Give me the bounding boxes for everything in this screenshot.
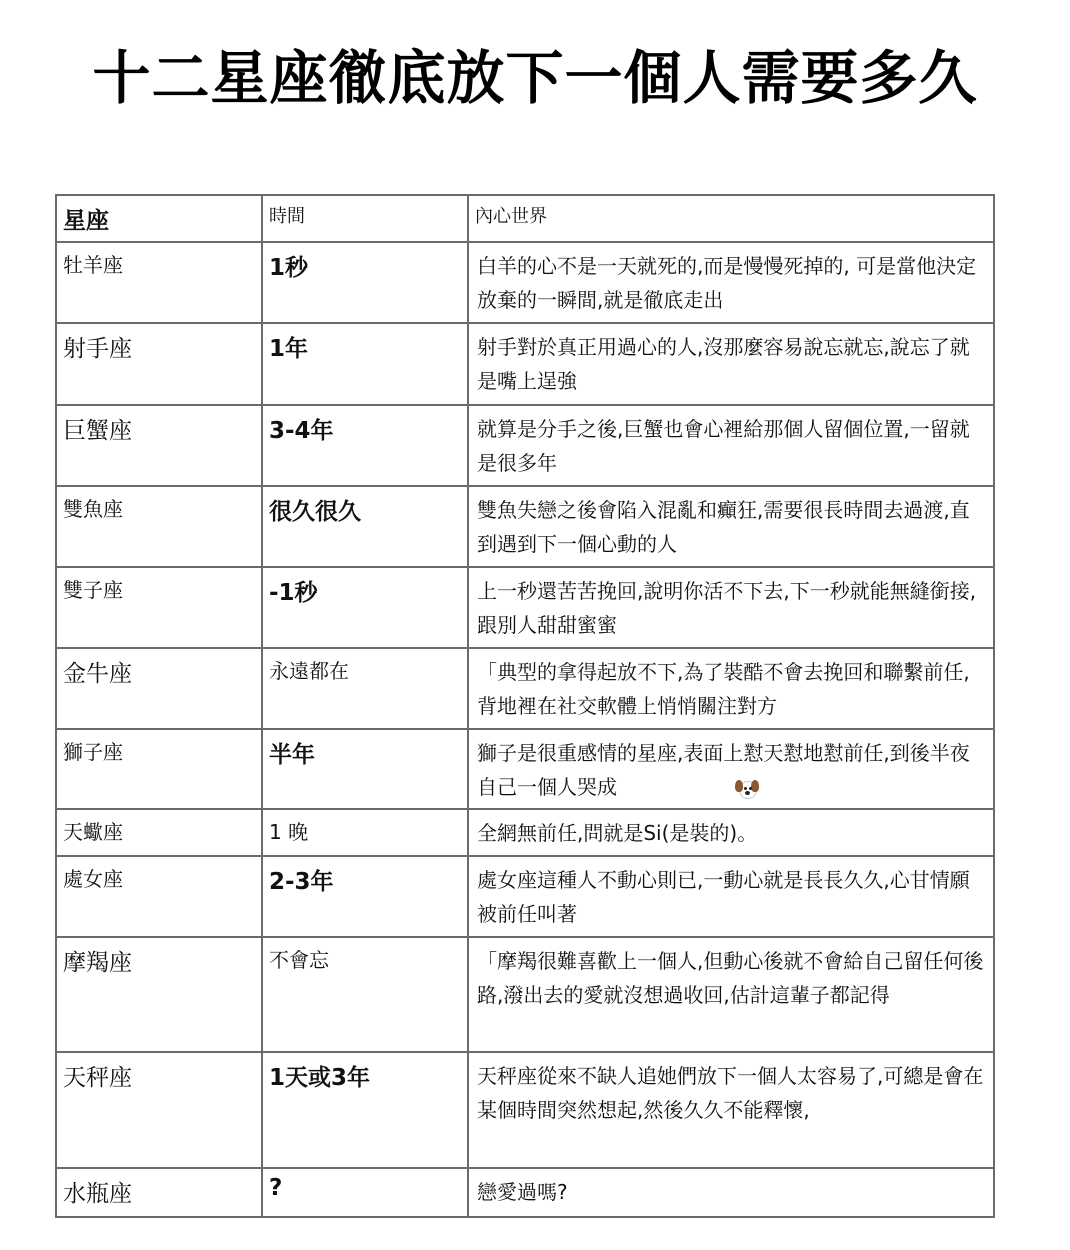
table-row: 金牛座永遠都在「典型的拿得起放不下,為了裝酷不會去挽回和聯繫前任,背地裡在社交軟… — [56, 648, 994, 729]
zodiac-sign-cell: 射手座 — [56, 323, 262, 405]
zodiac-table: 星座 時間 內心世界 牡羊座1秒白羊的心不是一天就死的,而是慢慢死掉的, 可是當… — [55, 194, 995, 1218]
table-row: 獅子座半年獅子是很重感情的星座,表面上懟天懟地懟前任,到後半夜自己一個人哭成 — [56, 729, 994, 809]
inner-world-text: 「典型的拿得起放不下,為了裝酷不會去挽回和聯繫前任,背地裡在社交軟體上悄悄關注對… — [477, 660, 970, 718]
zodiac-sign-cell: 天秤座 — [56, 1052, 262, 1168]
time-cell: 1 晚 — [262, 809, 468, 856]
inner-world-cell: 白羊的心不是一天就死的,而是慢慢死掉的, 可是當他決定放棄的一瞬間,就是徹底走出 — [468, 242, 994, 323]
table-row: 水瓶座?戀愛過嗎? — [56, 1168, 994, 1217]
inner-world-text: 「摩羯很難喜歡上一個人,但動心後就不會給自己留任何後路,潑出去的愛就沒想過收回,… — [477, 949, 983, 1007]
inner-world-text: 獅子是很重感情的星座,表面上懟天懟地懟前任,到後半夜自己一個人哭成 — [477, 741, 970, 799]
zodiac-sign-cell: 雙魚座 — [56, 486, 262, 567]
zodiac-sign-cell: 處女座 — [56, 856, 262, 937]
inner-world-cell: 射手對於真正用過心的人,沒那麼容易說忘就忘,說忘了就是嘴上逞強 — [468, 323, 994, 405]
header-inner-world: 內心世界 — [468, 195, 994, 242]
inner-world-text: 就算是分手之後,巨蟹也會心裡給那個人留個位置,一留就是很多年 — [477, 417, 970, 475]
inner-world-text: 戀愛過嗎? — [477, 1180, 568, 1204]
zodiac-sign-cell: 巨蟹座 — [56, 405, 262, 486]
zodiac-sign-cell: 獅子座 — [56, 729, 262, 809]
header-sign: 星座 — [56, 195, 262, 242]
table-row: 射手座1年射手對於真正用過心的人,沒那麼容易說忘就忘,說忘了就是嘴上逞強 — [56, 323, 994, 405]
inner-world-cell: 就算是分手之後,巨蟹也會心裡給那個人留個位置,一留就是很多年 — [468, 405, 994, 486]
zodiac-sign-cell: 金牛座 — [56, 648, 262, 729]
inner-world-cell: 「典型的拿得起放不下,為了裝酷不會去挽回和聯繫前任,背地裡在社交軟體上悄悄關注對… — [468, 648, 994, 729]
time-cell: -1秒 — [262, 567, 468, 648]
table-row: 摩羯座不會忘「摩羯很難喜歡上一個人,但動心後就不會給自己留任何後路,潑出去的愛就… — [56, 937, 994, 1052]
zodiac-sign-cell: 水瓶座 — [56, 1168, 262, 1217]
time-cell: 2-3年 — [262, 856, 468, 937]
table-row: 雙子座-1秒上一秒還苦苦挽回,說明你活不下去,下一秒就能無縫銜接,跟別人甜甜蜜蜜 — [56, 567, 994, 648]
zodiac-sign-cell: 天蠍座 — [56, 809, 262, 856]
time-cell: ? — [262, 1168, 468, 1217]
zodiac-sign-cell: 摩羯座 — [56, 937, 262, 1052]
inner-world-cell: 全網無前任,問就是Si(是裝的)。 — [468, 809, 994, 856]
time-cell: 永遠都在 — [262, 648, 468, 729]
zodiac-sign-cell: 雙子座 — [56, 567, 262, 648]
table-row: 雙魚座很久很久雙魚失戀之後會陷入混亂和癲狂,需要很長時間去過渡,直到遇到下一個心… — [56, 486, 994, 567]
table-row: 巨蟹座3-4年就算是分手之後,巨蟹也會心裡給那個人留個位置,一留就是很多年 — [56, 405, 994, 486]
inner-world-cell: 雙魚失戀之後會陷入混亂和癲狂,需要很長時間去過渡,直到遇到下一個心動的人 — [468, 486, 994, 567]
header-time: 時間 — [262, 195, 468, 242]
time-cell: 半年 — [262, 729, 468, 809]
time-cell: 1天或3年 — [262, 1052, 468, 1168]
inner-world-cell: 戀愛過嗎? — [468, 1168, 994, 1217]
page-title: 十二星座徹底放下一個人需要多久 — [0, 38, 1070, 118]
inner-world-cell: 獅子是很重感情的星座,表面上懟天懟地懟前任,到後半夜自己一個人哭成 — [468, 729, 994, 809]
time-cell: 1年 — [262, 323, 468, 405]
table-header-row: 星座 時間 內心世界 — [56, 195, 994, 242]
inner-world-text: 全網無前任,問就是Si(是裝的)。 — [477, 821, 757, 845]
time-cell: 不會忘 — [262, 937, 468, 1052]
table-row: 處女座2-3年處女座這種人不動心則已,一動心就是長長久久,心甘情願被前任叫著 — [56, 856, 994, 937]
table-row: 天蠍座1 晚全網無前任,問就是Si(是裝的)。 — [56, 809, 994, 856]
zodiac-sign-cell: 牡羊座 — [56, 242, 262, 323]
table-row: 天秤座1天或3年天秤座從來不缺人追她們放下一個人太容易了,可總是會在某個時間突然… — [56, 1052, 994, 1168]
dog-face-icon — [735, 779, 759, 799]
inner-world-cell: 處女座這種人不動心則已,一動心就是長長久久,心甘情願被前任叫著 — [468, 856, 994, 937]
time-cell: 很久很久 — [262, 486, 468, 567]
inner-world-cell: 上一秒還苦苦挽回,說明你活不下去,下一秒就能無縫銜接,跟別人甜甜蜜蜜 — [468, 567, 994, 648]
inner-world-cell: 「摩羯很難喜歡上一個人,但動心後就不會給自己留任何後路,潑出去的愛就沒想過收回,… — [468, 937, 994, 1052]
table-row: 牡羊座1秒白羊的心不是一天就死的,而是慢慢死掉的, 可是當他決定放棄的一瞬間,就… — [56, 242, 994, 323]
inner-world-text: 白羊的心不是一天就死的,而是慢慢死掉的, 可是當他決定放棄的一瞬間,就是徹底走出 — [477, 254, 976, 312]
inner-world-cell: 天秤座從來不缺人追她們放下一個人太容易了,可總是會在某個時間突然想起,然後久久不… — [468, 1052, 994, 1168]
time-cell: 3-4年 — [262, 405, 468, 486]
time-cell: 1秒 — [262, 242, 468, 323]
inner-world-text: 處女座這種人不動心則已,一動心就是長長久久,心甘情願被前任叫著 — [477, 868, 970, 926]
inner-world-text: 雙魚失戀之後會陷入混亂和癲狂,需要很長時間去過渡,直到遇到下一個心動的人 — [477, 498, 970, 556]
inner-world-text: 上一秒還苦苦挽回,說明你活不下去,下一秒就能無縫銜接,跟別人甜甜蜜蜜 — [477, 579, 976, 637]
inner-world-text: 天秤座從來不缺人追她們放下一個人太容易了,可總是會在某個時間突然想起,然後久久不… — [477, 1064, 983, 1122]
inner-world-text: 射手對於真正用過心的人,沒那麼容易說忘就忘,說忘了就是嘴上逞強 — [477, 335, 970, 393]
